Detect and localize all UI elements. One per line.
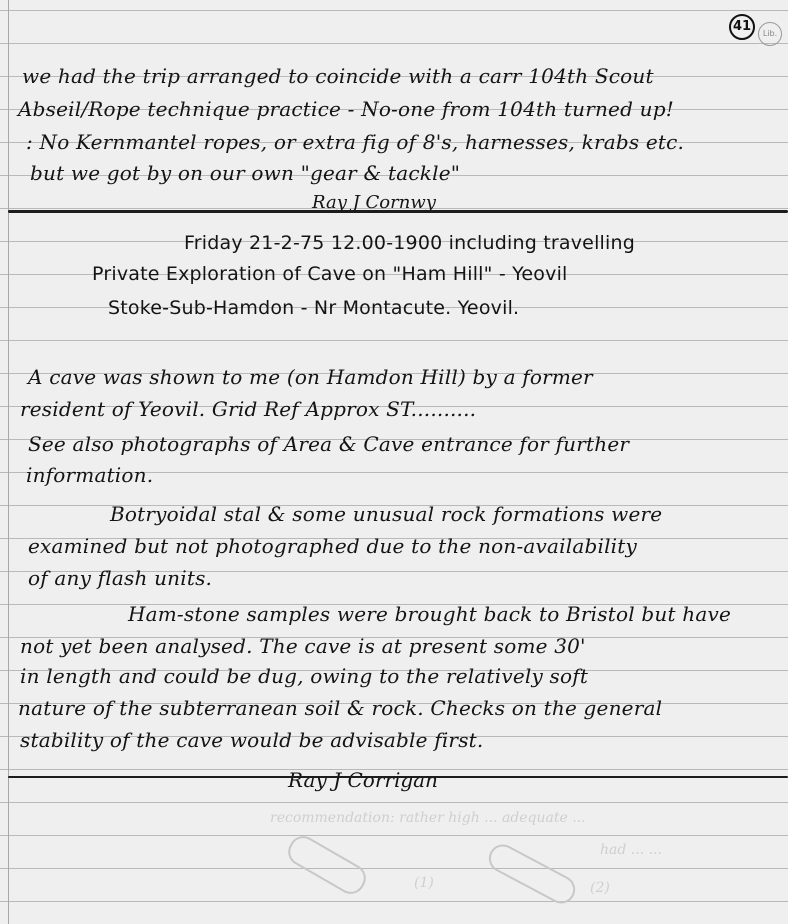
entry-divider (8, 776, 788, 778)
text-line: Ham-stone samples were brought back to B… (128, 602, 731, 626)
text-line: examined but not photographed due to the… (28, 534, 637, 558)
entry-location: Stoke-Sub-Hamdon - Nr Montacute. Yeovil. (108, 297, 519, 319)
text-line: See also photographs of Area & Cave entr… (28, 432, 629, 456)
library-stamp: Lib. (758, 22, 782, 46)
entry-divider (8, 210, 788, 213)
text-line: not yet been analysed. The cave is at pr… (20, 634, 586, 658)
text-line: in length and could be dug, owing to the… (20, 664, 588, 688)
entry-title: Private Exploration of Cave on "Ham Hill… (92, 263, 568, 285)
text-line: Abseil/Rope technique practice - No-one … (18, 97, 674, 121)
signature: Ray J Corrigan (288, 768, 438, 792)
text-line: information. (26, 463, 153, 487)
faint-text: had ... ... (600, 842, 662, 858)
faint-sketch (283, 831, 371, 899)
text-line: but we got by on our own "gear & tackle" (30, 161, 460, 185)
text-line: we had the trip arranged to coincide wit… (22, 64, 654, 88)
entry-date: Friday 21-2-75 12.00-1900 including trav… (184, 232, 635, 254)
text-line: stability of the cave would be advisable… (20, 728, 483, 752)
text-line: of any flash units. (28, 566, 212, 590)
page-number: 41 (729, 14, 755, 40)
text-line: resident of Yeovil. Grid Ref Approx ST..… (20, 397, 476, 421)
text-line: : No Kernmantel ropes, or extra fig of 8… (26, 130, 684, 154)
text-line: A cave was shown to me (on Hamdon Hill) … (28, 365, 593, 389)
faint-sketch (484, 840, 580, 909)
faint-label: (1) (414, 875, 434, 891)
text-line: nature of the subterranean soil & rock. … (18, 696, 662, 720)
faint-text: recommendation: rather high ... adequate… (270, 810, 586, 826)
notebook-page: 41 Lib. we had the trip arranged to coin… (0, 0, 788, 924)
text-line: Botryoidal stal & some unusual rock form… (110, 502, 662, 526)
margin-line (8, 0, 9, 924)
faint-label: (2) (590, 880, 610, 896)
